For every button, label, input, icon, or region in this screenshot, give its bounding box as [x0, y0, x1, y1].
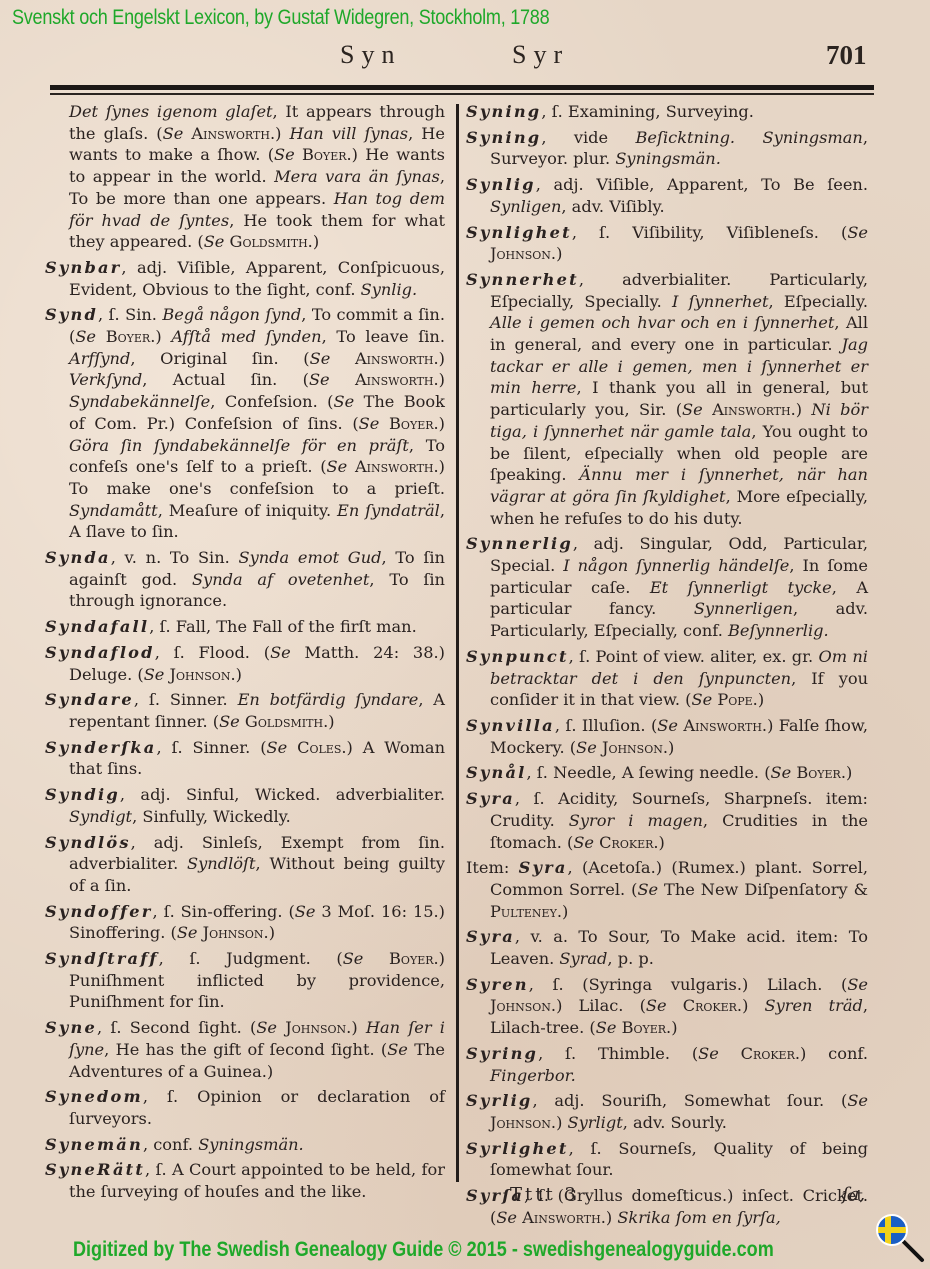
dictionary-entry: Syndafall, ſ. Fall, The Fall of the firſ…	[45, 616, 445, 638]
left-column: Det ſynes igenom glaſet, It appears thro…	[45, 101, 445, 1207]
signature-mark: Tttt 3	[510, 1184, 579, 1205]
right-column: Syning, ſ. Examining, Surveying.Syning, …	[466, 101, 868, 1232]
dictionary-entry: Syndare, ſ. Sinner. En botfärdig ſyndare…	[45, 689, 445, 732]
header-rule-thin	[50, 93, 874, 95]
running-head: Syn Syr 701	[0, 40, 930, 76]
dictionary-entry: Synemän, conf. Syningsmän.	[45, 1134, 445, 1156]
dictionary-entry: Synlighet, ſ. Viſibility, Viſibleneſs. (…	[466, 222, 868, 265]
dictionary-entry: Syndſtraff, ſ. Judgment. (Se Boyer.) Pun…	[45, 948, 445, 1013]
dictionary-entry: Syra, v. a. To Sour, To Make acid. item:…	[466, 926, 868, 969]
dictionary-entry: Synpunct, ſ. Point of view. aliter, ex. …	[466, 646, 868, 711]
dictionary-entry: Synedom, ſ. Opinion or declaration of ſu…	[45, 1086, 445, 1129]
dictionary-entry: Synnerlig, adj. Singular, Odd, Particula…	[466, 533, 868, 642]
dictionary-entry: Item: Syra, (Acetoſa.) (Rumex.) plant. S…	[466, 857, 868, 922]
watermark-title: Svenskt och Engelskt Lexicon, by Gustaf …	[12, 6, 549, 30]
dictionary-entry: Syning, ſ. Examining, Surveying.	[466, 101, 868, 123]
catchword: ſa,	[842, 1184, 865, 1205]
dictionary-entry: Synlig, adj. Viſible, Apparent, To Be ſe…	[466, 174, 868, 217]
dictionary-entry: SyneRätt, ſ. A Court appointed to be hel…	[45, 1159, 445, 1202]
dictionary-entry: Synvilla, ſ. Illuſion. (Se Ainsworth.) F…	[466, 715, 868, 758]
dictionary-entry: Syning, vide Beſicktning. Syningsman, Su…	[466, 127, 868, 170]
page-number: 701	[826, 40, 867, 71]
guide-word-left: Syn	[340, 40, 401, 70]
dictionary-entry: Synbar, adj. Viſible, Apparent, Conſpicu…	[45, 257, 445, 300]
guide-word-right: Syr	[512, 40, 569, 70]
dictionary-entry: Synderſka, ſ. Sinner. (Se Coles.) A Woma…	[45, 737, 445, 780]
dictionary-entry: Syndig, adj. Sinful, Wicked. adverbialit…	[45, 784, 445, 827]
column-divider	[456, 104, 459, 1182]
dictionary-entry: Syndoffer, ſ. Sin-offering. (Se 3 Moſ. 1…	[45, 901, 445, 944]
dictionary-entry: Syndaflod, ſ. Flood. (Se Matth. 24: 38.)…	[45, 642, 445, 685]
dictionary-entry: Synda, v. n. To Sin. Synda emot Gud, To …	[45, 547, 445, 612]
dictionary-entry: Synd, ſ. Sin. Begå någon ſynd, To commit…	[45, 304, 445, 543]
swedish-flag-magnifier-icon[interactable]	[874, 1212, 926, 1264]
dictionary-entry: Syndlös, adj. Sinleſs, Exempt from ſin. …	[45, 832, 445, 897]
dictionary-entry: Det ſynes igenom glaſet, It appears thro…	[45, 101, 445, 253]
dictionary-entry: Syne, ſ. Second ſight. (Se Johnson.) Han…	[45, 1017, 445, 1082]
dictionary-entry: Syrlig, adj. Souriſh, Somewhat ſour. (Se…	[466, 1090, 868, 1133]
dictionary-entry: Synnerhet, adverbialiter. Particularly, …	[466, 269, 868, 529]
dictionary-entry: Syrlighet, ſ. Sourneſs, Quality of being…	[466, 1138, 868, 1181]
header-rule-thick	[50, 85, 874, 90]
dictionary-entry: Syren, ſ. (Syringa vulgaris.) Lilach. (S…	[466, 974, 868, 1039]
dictionary-entry: Synål, ſ. Needle, A ſewing needle. (Se B…	[466, 762, 868, 784]
dictionary-entry: Syring, ſ. Thimble. (Se Croker.) conf. F…	[466, 1043, 868, 1086]
dictionary-entry: Syra, ſ. Acidity, Sourneſs, Sharpneſs. i…	[466, 788, 868, 853]
watermark-credit: Digitized by The Swedish Genealogy Guide…	[73, 1238, 774, 1262]
